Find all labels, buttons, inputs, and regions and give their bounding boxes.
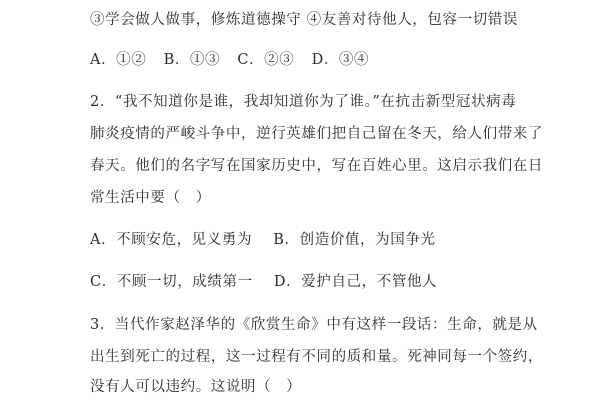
q2-line-3: 春天。他们的名字写在国家历史中，写在百姓心里。这启示我们在日 — [90, 157, 543, 175]
q2-option-b: B．创造价值，为国争光 — [273, 232, 435, 248]
q3-line-3: 没有人可以违约。这说明（ ） — [90, 378, 301, 396]
q2-option-c: C．不顾一切，成绩第一 — [90, 274, 253, 290]
q3-line-1: 3．当代作家赵泽华的《欣赏生命》中有这样一段话：生命，就是从 — [90, 316, 538, 334]
q2-option-a: A．不顾安危，见义勇为 — [90, 232, 252, 248]
q2-line-2: 肺炎疫情的严峻斗争中，逆行英雄们把自己留在冬天，给人们带来了 — [90, 125, 543, 143]
q2-options-row-2: C．不顾一切，成绩第一 D．爱护自己，不管他人 — [90, 273, 437, 291]
q2-option-d: D．爱护自己，不管他人 — [274, 274, 437, 290]
q2-line-4: 常生活中要（ ） — [90, 189, 211, 207]
q1-option-b: B．①③ — [164, 52, 221, 68]
q3-line-2: 出生到死亡的过程，这一过程有不同的质和量。死神同每一个签约， — [90, 348, 543, 366]
q1-option-d: D．③④ — [312, 52, 370, 68]
exam-page: ③学会做人做事，修炼道德操守 ④友善对待他人，包容一切错误 A．①② B．①③ … — [0, 0, 600, 400]
q1-option-c: C．②③ — [237, 52, 294, 68]
q2-line-1: 2．“我不知道你是谁，我却知道你为了谁。”在抗击新型冠状病毒 — [90, 93, 516, 111]
q1-statement-line: ③学会做人做事，修炼道德操守 ④友善对待他人，包容一切错误 — [90, 11, 518, 29]
q1-options: A．①② B．①③ C．②③ D．③④ — [90, 51, 369, 69]
q1-option-a: A．①② — [90, 52, 146, 68]
q2-options-row-1: A．不顾安危，见义勇为 B．创造价值，为国争光 — [90, 231, 436, 249]
